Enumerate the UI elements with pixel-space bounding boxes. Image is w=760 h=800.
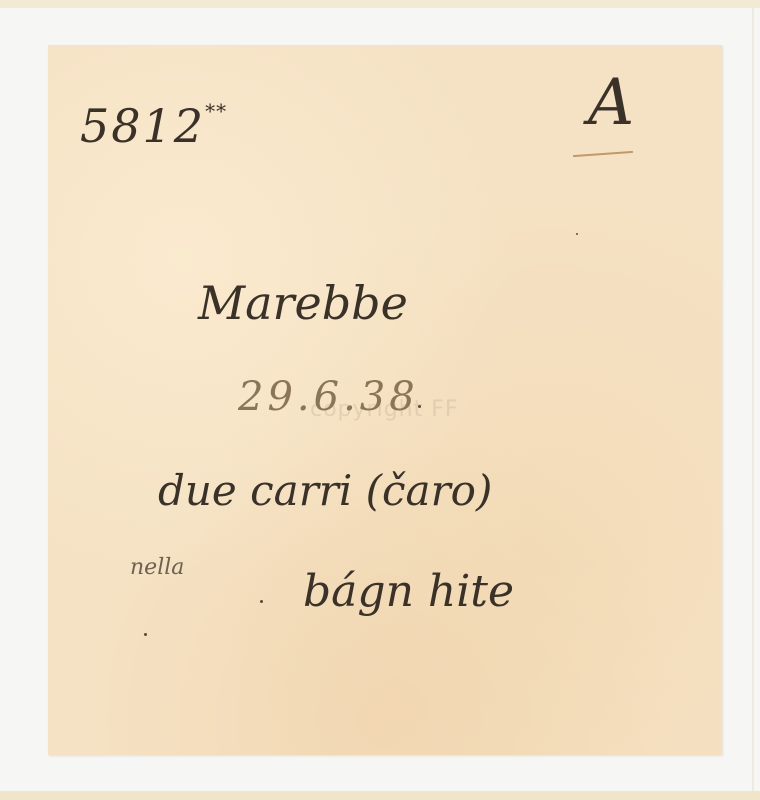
ink-speck — [418, 405, 421, 408]
index-card: 5812** A Marebbe copyright FF 29.6.38 du… — [48, 45, 722, 755]
mount-bottom-strip — [0, 791, 760, 800]
catalog-number: 5812** — [80, 103, 227, 149]
mount-edge — [752, 8, 754, 791]
ink-speck — [144, 633, 147, 636]
place-name: Marebbe — [198, 280, 408, 326]
ink-speck — [260, 600, 263, 603]
catalog-number-value: 5812 — [80, 99, 205, 153]
note-line-1: due carri (čaro) — [158, 470, 492, 512]
grade-underline — [573, 151, 633, 157]
grade-letter: A — [588, 71, 634, 135]
note-line-2: bágn hite — [303, 570, 514, 614]
ink-speck — [576, 233, 578, 235]
note-line-2-prefix: nella — [130, 557, 184, 579]
record-date: 29.6.38 — [238, 377, 419, 417]
catalog-marks: ** — [205, 99, 227, 123]
mount-top-strip — [0, 0, 760, 8]
